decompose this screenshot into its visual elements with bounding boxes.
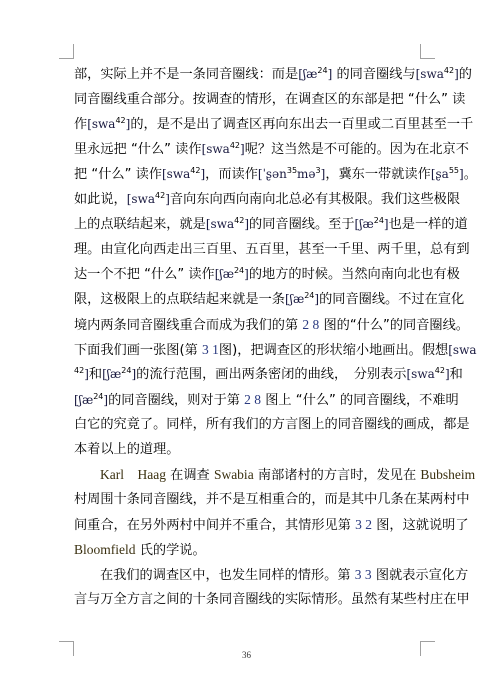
phonetic-notation: [swa — [162, 167, 190, 181]
phonetic-notation: [ʃæ — [215, 267, 234, 281]
text-segment: 图的“什么”的同音圈线。 — [319, 318, 469, 333]
latin-name: Bloomfield — [74, 542, 136, 557]
text-segment: 氏的学说。 — [136, 543, 206, 558]
phonetic-notation: 42 — [74, 366, 84, 375]
text-segment: 上的点联结起来，就是 — [74, 217, 206, 232]
latin-name: Swabia — [214, 467, 254, 482]
phonetic-notation: 24 — [304, 291, 314, 300]
figure-number: 2 8 — [302, 317, 319, 332]
phonetic-notation: [ʃæ — [74, 393, 93, 407]
text-line: 把 “什么” 读作[swa42]，而读作[ˈʂən35mə3]，冀东一带就读作[… — [74, 162, 420, 187]
text-segment: 间重合，在另外两村中间并不重合，其情形见第 — [74, 518, 355, 533]
phonetic-notation: 24 — [121, 366, 131, 375]
phonetic-notation: 24 — [93, 392, 103, 401]
text-segment: 境内两条同音圈线重合而成为我们的第 — [74, 318, 302, 333]
text-segment: 图上 “什么” 的同音圈线，不难明 — [261, 393, 459, 408]
text-segment: 白它的究竟了。同样，所有我们的方言图上的同音圈线的画成，都是 — [74, 417, 470, 432]
phonetic-notation: [ʃæ — [285, 292, 304, 306]
document-body: 部，实际上并不是一条同音圈线：而是[ʃæ24] 的同音圈线与[swa42]的同音… — [74, 62, 420, 612]
text-segment: 图)，把调查区的形状缩小地画出。假想 — [219, 343, 448, 358]
latin-name: Bubsheim — [420, 467, 475, 482]
text-segment: 和 — [89, 367, 102, 382]
text-segment: 村周围十条同音圈线，并不是互相重合的，而是其中几条在某两村中 — [74, 492, 470, 507]
text-segment: 也是一样的道 — [389, 217, 468, 232]
text-line: 同音圈线重合部分。按调查的情形，在调查区的东部是把 “什么” 读 — [74, 87, 420, 112]
phonetic-notation: 42 — [234, 216, 244, 225]
text-line: Karl Haag 在调查 Swabia 南部诸村的方言时，发见在 Bubshe… — [74, 462, 420, 487]
text-segment: 的，是不是出了调查区再向东出去一百里或二百里甚至一千 — [130, 117, 473, 132]
phonetic-notation: 24 — [374, 216, 384, 225]
phonetic-notation: 42 — [230, 141, 240, 150]
text-segment: ，而读作 — [205, 167, 258, 182]
text-segment: 里永远把 “什么” 读作 — [74, 142, 202, 157]
text-segment: 的同音圈线。不过在宣化 — [319, 292, 464, 307]
text-segment: 的同音圈线。至于 — [249, 217, 355, 232]
text-segment: 呢？这当然是不可能的。因为在北京不 — [245, 142, 469, 157]
text-segment: 的 — [459, 67, 472, 82]
text-line: 如此说，[swa42]音向东向西向南向北总必有其极限。我们这些极限 — [74, 187, 420, 212]
text-segment: 的流行范围，画出两条密闭的曲线， 分别表示 — [136, 367, 406, 382]
text-segment: 图就表示宣化方 — [372, 568, 469, 583]
text-segment: 作 — [74, 117, 87, 132]
figure-number: 3 2 — [355, 517, 372, 532]
page-number: 36 — [0, 650, 493, 660]
figure-number: 2 8 — [244, 392, 261, 407]
text-segment: 图，这就说明了 — [372, 518, 469, 533]
phonetic-notation: 24 — [317, 66, 327, 75]
text-line: 间重合，在另外两村中间并不重合，其情形见第 3 2 图，这就说明了 — [74, 512, 420, 537]
margin-corner-top-left — [59, 44, 74, 59]
text-line: 本着以上的道理。 — [74, 437, 420, 462]
phonetic-notation: mə — [297, 167, 315, 181]
text-segment: 下面我们画一张图(第 — [74, 343, 202, 358]
figure-number: 3 3 — [355, 567, 372, 582]
phonetic-notation: 55 — [449, 166, 459, 175]
phonetic-notation: [swa — [87, 117, 115, 131]
text-segment: 如此说， — [74, 192, 127, 207]
phonetic-notation: 42 — [435, 366, 445, 375]
latin-name: Karl Haag — [100, 467, 166, 482]
phonetic-notation: [ʃæ — [102, 367, 121, 381]
text-segment: 南部诸村的方言时，发见在 — [254, 468, 421, 483]
phonetic-notation: [swa — [407, 367, 435, 381]
text-segment: 理。由宣化向西走出三百里、五百里，甚至一千里、两千里，总有到 — [74, 242, 470, 257]
text-line: 达一个不把 “什么” 读作[ʃæ24]的地方的时候。当然向南向北也有极 — [74, 262, 420, 287]
text-line: 白它的究竟了。同样，所有我们的方言图上的同音圈线的画成，都是 — [74, 412, 420, 437]
text-line: [ʃæ24]的同音圈线，则对于第 2 8 图上 “什么” 的同音圈线，不难明 — [74, 387, 420, 412]
text-line: 限，这极限上的点联结起来就是一条[ʃæ24]的同音圈线。不过在宣化 — [74, 287, 420, 312]
text-segment: 达一个不把 “什么” 读作 — [74, 267, 215, 282]
text-segment: 。 — [464, 167, 477, 182]
text-segment: ，冀东一带就读作 — [325, 167, 431, 182]
text-line: 言与万全方言之间的十条同音圈线的实际情形。虽然有某些村庄在甲 — [74, 587, 420, 612]
text-line: 上的点联结起来，就是[swa42]的同音圈线。至于[ʃæ24]也是一样的道 — [74, 212, 420, 237]
phonetic-notation: [swa — [202, 142, 230, 156]
text-line: 下面我们画一张图(第 3 1图)，把调查区的形状缩小地画出。假想[swa — [74, 337, 420, 362]
phonetic-notation: [ʃæ — [298, 67, 317, 81]
text-line: Bloomfield 氏的学说。 — [74, 537, 420, 562]
text-segment: 的地方的时候。当然向南向北也有极 — [249, 267, 460, 282]
phonetic-notation: 35 — [287, 166, 297, 175]
text-segment: 和 — [450, 367, 463, 382]
text-segment: 限，这极限上的点联结起来就是一条 — [74, 292, 285, 307]
text-segment: 同音圈线重合部分。按调查的情形，在调查区的东部是把 “什么” 读 — [74, 92, 465, 107]
text-line: 里永远把 “什么” 读作[swa42]呢？这当然是不可能的。因为在北京不 — [74, 137, 420, 162]
text-line: 42]和[ʃæ24]的流行范围，画出两条密闭的曲线， 分别表示[swa42]和 — [74, 362, 420, 387]
phonetic-notation: 42 — [115, 116, 125, 125]
text-line: 在我们的调查区中，也发生同样的情形。第 3 3 图就表示宣化方 — [74, 562, 420, 587]
phonetic-notation: 42 — [444, 66, 454, 75]
text-line: 作[swa42]的，是不是出了调查区再向东出去一百里或二百里甚至一千 — [74, 112, 420, 137]
text-segment: 在我们的调查区中，也发生同样的情形。第 — [100, 568, 355, 583]
phonetic-notation: [swa — [127, 192, 155, 206]
text-segment: 音向东向西向南向北总必有其极限。我们这些极限 — [170, 192, 460, 207]
phonetic-notation: 42 — [190, 166, 200, 175]
text-segment: 把 “什么” 读作 — [74, 167, 162, 182]
phonetic-notation: [ʂa — [431, 167, 449, 181]
figure-number: 3 1 — [202, 342, 219, 357]
text-segment: 的同音圈线与 — [332, 67, 415, 82]
phonetic-notation: [swa — [416, 67, 444, 81]
text-segment: 本着以上的道理。 — [74, 442, 180, 457]
phonetic-notation: [swa — [206, 217, 234, 231]
text-line: 部，实际上并不是一条同音圈线：而是[ʃæ24] 的同音圈线与[swa42]的 — [74, 62, 420, 87]
margin-corner-top-right — [420, 44, 435, 59]
text-line: 理。由宣化向西走出三百里、五百里，甚至一千里、两千里，总有到 — [74, 237, 420, 262]
phonetic-notation: 24 — [234, 266, 244, 275]
phonetic-notation: [ʃæ — [355, 217, 374, 231]
phonetic-notation: [ˈʂən — [258, 167, 287, 181]
text-segment: 部，实际上并不是一条同音圈线：而是 — [74, 67, 298, 82]
phonetic-notation: [swa — [448, 343, 476, 357]
text-line: 境内两条同音圈线重合而成为我们的第 2 8 图的“什么”的同音圈线。 — [74, 312, 420, 337]
phonetic-notation: 42 — [155, 191, 165, 200]
text-segment: 在调查 — [166, 468, 214, 483]
text-segment: 言与万全方言之间的十条同音圈线的实际情形。虽然有某些村庄在甲 — [74, 592, 470, 607]
text-segment: 的同音圈线，则对于第 — [108, 393, 244, 408]
text-line: 村周围十条同音圈线，并不是互相重合的，而是其中几条在某两村中 — [74, 487, 420, 512]
